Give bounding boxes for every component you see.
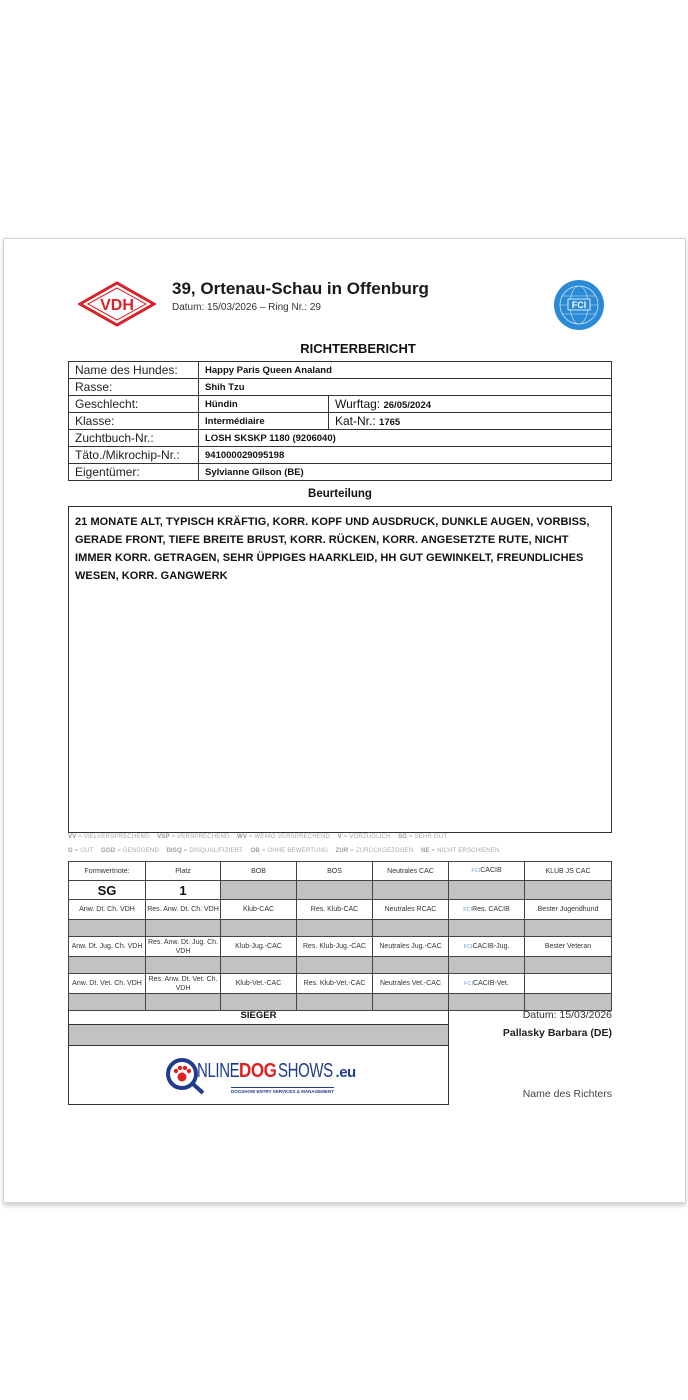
fci-logo-icon: FCI	[553, 279, 605, 331]
breed-label: Rasse:	[69, 379, 199, 396]
award-title-cell: Neutrales Vet.-CAC	[373, 974, 449, 994]
table-row: Zuchtbuch-Nr.: LOSH SKSKP 1180 (9206040)	[69, 430, 612, 447]
catalog-number-label: Kat-Nr.:	[335, 414, 376, 428]
logo-wordmark: NLINEDOGSHOWS.eu	[197, 1060, 356, 1083]
legend-abbr: GGD	[101, 848, 115, 854]
breed-value: Shih Tzu	[199, 379, 612, 396]
empty-cell	[69, 920, 146, 937]
judge-name-label: Name des Richters	[523, 1088, 612, 1100]
award-title-cell: Res. Klub-Jug.-CAC	[297, 937, 373, 957]
header-bob: BOB	[221, 862, 297, 881]
header-grade: Formwertnote:	[69, 862, 146, 881]
empty-cell	[221, 920, 297, 937]
grade-legend-line-1: VV = VIELVERSPRECHEND VSP = VERSPRECHEND…	[68, 834, 455, 840]
sex-value: Hündin	[199, 396, 329, 413]
award-entry-row	[69, 920, 612, 937]
award-title-cell: Res. Anw. Dt. Ch. VDH	[146, 900, 221, 920]
assessment-title: Beurteilung	[68, 488, 612, 500]
legend-abbr: DISQ	[167, 848, 182, 854]
empty-cell	[525, 920, 612, 937]
header-klub-js-cac: KLUB JS CAC	[525, 862, 612, 881]
legend-abbr: OB	[250, 848, 259, 854]
catalog-number-cell: Kat-Nr.: 1765	[329, 413, 612, 430]
header-place: Platz	[146, 862, 221, 881]
award-title-cell: Klub-Jug.-CAC	[221, 937, 297, 957]
vdh-logo-icon: VDH	[78, 281, 156, 327]
empty-cell	[373, 957, 449, 974]
legend-abbr: NE	[421, 848, 430, 854]
grade-legend-line-2: G = GUT GGD = GENÜGEND DISQ = DISQUALIFI…	[68, 848, 507, 854]
table-row: Eigentümer: Sylvianne Gilson (BE)	[69, 464, 612, 481]
class-label: Klasse:	[69, 413, 199, 430]
award-title-cell: Res. Anw. Dt. Jug. Ch. VDH	[146, 937, 221, 957]
legend-abbr: V	[338, 834, 342, 840]
legend-abbr: VV	[68, 834, 76, 840]
empty-cell	[221, 957, 297, 974]
award-title-cell: Neutrales RCAC	[373, 900, 449, 920]
legend-abbr: VSP	[157, 834, 170, 840]
birth-date-label: Wurftag:	[335, 397, 380, 411]
sex-label: Geschlecht:	[69, 396, 199, 413]
svg-text:FCI: FCI	[572, 300, 587, 310]
empty-cell	[297, 881, 373, 900]
dog-name-value: Happy Paris Queen Analand	[199, 362, 612, 379]
empty-cell	[449, 957, 525, 974]
header-cacib: FCICACIB	[449, 862, 525, 881]
award-title-cell: FCICACIB-Vet.	[449, 974, 525, 994]
birth-date-value: 26/05/2024	[383, 400, 431, 411]
legend-abbr: ZUR	[336, 848, 349, 854]
empty-cell	[449, 994, 525, 1011]
award-title-cell: Bester Jugendhund	[525, 900, 612, 920]
award-title-cell	[525, 974, 612, 994]
show-title: 39, Ortenau-Schau in Offenburg	[172, 279, 429, 299]
award-title-cell: Anw. Dt. Jug. Ch. VDH	[69, 937, 146, 957]
judge-name: Pallasky Barbara (DE)	[503, 1027, 612, 1039]
fci-prefix: FCI	[471, 868, 480, 874]
assessment-box: 21 MONATE ALT, TYPISCH KRÄFTIG, KORR. KO…	[68, 506, 612, 833]
table-row: Täto./Mikrochip-Nr.: 941000029095198	[69, 447, 612, 464]
award-title-cell: Anw. Dt. Ch. VDH	[69, 900, 146, 920]
logo-tagline: DOGSHOW ENTRY SERVICES & MANAGEMENT	[231, 1087, 334, 1094]
place-value: 1	[146, 881, 221, 900]
empty-cell	[146, 920, 221, 937]
empty-cell	[525, 957, 612, 974]
award-title-cell: Res. Klub-CAC	[297, 900, 373, 920]
awards-table: Formwertnote: Platz BOB BOS Neutrales CA…	[68, 861, 612, 1011]
catalog-number-value: 1765	[379, 417, 400, 428]
microchip-value: 941000029095198	[199, 447, 612, 464]
empty-cell	[69, 957, 146, 974]
fci-prefix: FCI	[463, 907, 472, 913]
legend-abbr: WV	[237, 834, 247, 840]
winner-box: SIEGER NLINEDOGSHOWS.eu DOGSHOW ENTRY SE…	[68, 1007, 449, 1105]
dog-name-label: Name des Hundes:	[69, 362, 199, 379]
empty-cell	[525, 881, 612, 900]
empty-cell	[449, 881, 525, 900]
show-subtitle: Datum: 15/03/2026 – Ring Nr.: 29	[172, 302, 321, 313]
award-title-cell: Res. Anw. Dt. Vet. Ch. VDH	[146, 974, 221, 994]
table-row: Name des Hundes: Happy Paris Queen Anala…	[69, 362, 612, 379]
table-row: Rasse: Shih Tzu	[69, 379, 612, 396]
award-entry-row	[69, 957, 612, 974]
empty-cell	[525, 994, 612, 1011]
award-title-cell: Neutrales Jug.-CAC	[373, 937, 449, 957]
owner-label: Eigentümer:	[69, 464, 199, 481]
award-title-cell: Bester Veteran	[525, 937, 612, 957]
dog-info-table: Name des Hundes: Happy Paris Queen Anala…	[68, 361, 612, 481]
microchip-label: Täto./Mikrochip-Nr.:	[69, 447, 199, 464]
empty-cell	[373, 920, 449, 937]
header-bos: BOS	[297, 862, 373, 881]
fci-prefix: FCI	[464, 981, 473, 987]
award-title-cell: Res. Klub-Vet.-CAC	[297, 974, 373, 994]
winner-label: SIEGER	[69, 1007, 448, 1025]
empty-cell	[373, 881, 449, 900]
header-neutral-cac: Neutrales CAC	[373, 862, 449, 881]
award-title-cell: FCIRes. CACIB	[449, 900, 525, 920]
studbook-value: LOSH SKSKP 1180 (9206040)	[199, 430, 612, 447]
legend-abbr: G	[68, 848, 73, 854]
svg-text:VDH: VDH	[100, 297, 134, 314]
empty-cell	[297, 957, 373, 974]
award-title-row: Anw. Dt. Ch. VDHRes. Anw. Dt. Ch. VDHKlu…	[69, 900, 612, 920]
empty-cell	[221, 881, 297, 900]
onlinedogshows-logo: NLINEDOGSHOWS.eu DOGSHOW ENTRY SERVICES …	[69, 1046, 448, 1104]
awards-result-row: SG 1	[69, 881, 612, 900]
award-title-cell: Klub-Vet.-CAC	[221, 974, 297, 994]
studbook-label: Zuchtbuch-Nr.:	[69, 430, 199, 447]
legend-abbr: SG	[398, 834, 407, 840]
empty-cell	[146, 957, 221, 974]
award-title-row: Anw. Dt. Vet. Ch. VDHRes. Anw. Dt. Vet. …	[69, 974, 612, 994]
award-title-cell: FCICACIB-Jug.	[449, 937, 525, 957]
table-row: Geschlecht: Hündin Wurftag: 26/05/2024	[69, 396, 612, 413]
empty-cell	[297, 920, 373, 937]
winner-field	[69, 1025, 448, 1046]
birth-date-cell: Wurftag: 26/05/2024	[329, 396, 612, 413]
report-title: RICHTERBERICHT	[0, 341, 688, 356]
empty-cell	[449, 920, 525, 937]
award-title-cell: Anw. Dt. Vet. Ch. VDH	[69, 974, 146, 994]
class-value: Intermédiaire	[199, 413, 329, 430]
awards-header-row: Formwertnote: Platz BOB BOS Neutrales CA…	[69, 862, 612, 881]
judge-date: Datum: 15/03/2026	[523, 1009, 612, 1021]
award-title-row: Anw. Dt. Jug. Ch. VDHRes. Anw. Dt. Jug. …	[69, 937, 612, 957]
owner-value: Sylvianne Gilson (BE)	[199, 464, 612, 481]
grade-value: SG	[69, 881, 146, 900]
award-title-cell: Klub-CAC	[221, 900, 297, 920]
assessment-text: 21 MONATE ALT, TYPISCH KRÄFTIG, KORR. KO…	[69, 507, 611, 585]
table-row: Klasse: Intermédiaire Kat-Nr.: 1765	[69, 413, 612, 430]
